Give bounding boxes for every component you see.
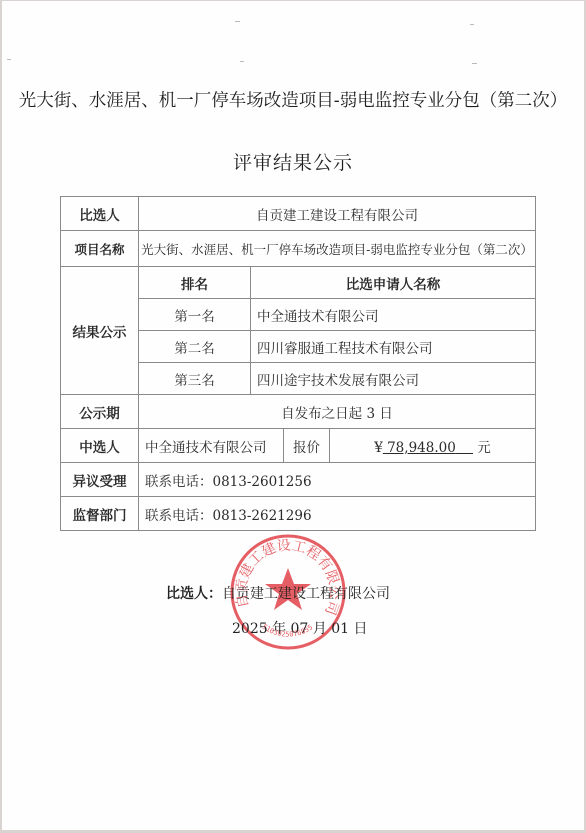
price-number: 78,948.00: [387, 440, 456, 456]
row-winner: 中选人 中全通技术有限公司 报价 ¥ 78,948.00 元: [61, 429, 536, 463]
row-supervision: 监督部门 联系电话：0813-2621296: [61, 497, 536, 531]
ranking-row: 第三名 四川途宇技术发展有限公司: [139, 363, 535, 395]
row-results: 结果公示 排名 比选申请人名称 第一名 中全通技术有限公司 第二名 四川睿服通工…: [61, 267, 536, 395]
row-selector: 比选人 自贡建工建设工程有限公司: [61, 197, 536, 231]
scan-noise: [235, 21, 240, 22]
name-header: 比选申请人名称: [251, 267, 536, 299]
row-period: 公示期 自发布之日起 3 日: [61, 395, 536, 429]
ranking-header: 排名 比选申请人名称: [139, 267, 535, 299]
result-table: 比选人 自贡建工建设工程有限公司 项目名称 光大街、水涯居、机一厂停车场改造项目…: [60, 196, 536, 531]
scan-noise: [470, 24, 474, 25]
rank-header: 排名: [139, 267, 251, 299]
scan-noise: [240, 61, 244, 62]
applicant-name: 中全通技术有限公司: [251, 299, 536, 331]
project-value: 光大街、水涯居、机一厂停车场改造项目-弱电监控专业分包（第二次）: [139, 231, 536, 267]
period-label: 公示期: [61, 395, 139, 429]
selector-value: 自贡建工建设工程有限公司: [139, 197, 536, 231]
supervision-label: 监督部门: [61, 497, 139, 531]
scan-noise: [472, 63, 477, 64]
price-cell: ¥ 78,948.00 元: [330, 429, 536, 463]
objection-value: 联系电话：0813-2601256: [139, 463, 536, 497]
applicant-name: 四川途宇技术发展有限公司: [251, 363, 536, 395]
document-title: 光大街、水涯居、机一厂停车场改造项目-弱电监控专业分包（第二次）: [0, 87, 586, 112]
project-label: 项目名称: [61, 231, 139, 267]
period-value: 自发布之日起 3 日: [139, 395, 536, 429]
signature-line: 比选人：自贡建工建设工程有限公司: [166, 583, 390, 603]
signature-label: 比选人：: [166, 586, 222, 602]
rank-cell: 第三名: [139, 363, 251, 395]
price-value: 78,948.00: [383, 440, 473, 456]
document-subtitle: 评审结果公示: [0, 148, 586, 175]
price-label: 报价: [284, 429, 330, 463]
signature-company: 自贡建工建设工程有限公司: [222, 586, 390, 602]
ranking-row: 第二名 四川睿服通工程技术有限公司: [139, 331, 535, 363]
objection-label: 异议受理: [61, 463, 139, 497]
supervision-value: 联系电话：0813-2621296: [139, 497, 536, 531]
row-objection: 异议受理 联系电话：0813-2601256: [61, 463, 536, 497]
applicant-name: 四川睿服通工程技术有限公司: [251, 331, 536, 363]
results-label: 结果公示: [61, 267, 139, 395]
winner-label: 中选人: [61, 429, 139, 463]
row-project: 项目名称 光大街、水涯居、机一厂停车场改造项目-弱电监控专业分包（第二次）: [61, 231, 536, 267]
signature-date: 2025 年 07 月 01 日: [232, 618, 368, 638]
results-cell: 排名 比选申请人名称 第一名 中全通技术有限公司 第二名 四川睿服通工程技术有限…: [139, 267, 536, 395]
selector-label: 比选人: [61, 197, 139, 231]
price-unit: 元: [477, 440, 491, 456]
ranking-table: 排名 比选申请人名称 第一名 中全通技术有限公司 第二名 四川睿服通工程技术有限…: [139, 267, 535, 394]
ranking-row: 第一名 中全通技术有限公司: [139, 299, 535, 331]
winner-value: 中全通技术有限公司: [139, 429, 284, 463]
rank-cell: 第二名: [139, 331, 251, 363]
scan-noise: [7, 59, 11, 60]
currency-symbol: ¥: [374, 440, 383, 456]
rank-cell: 第一名: [139, 299, 251, 331]
